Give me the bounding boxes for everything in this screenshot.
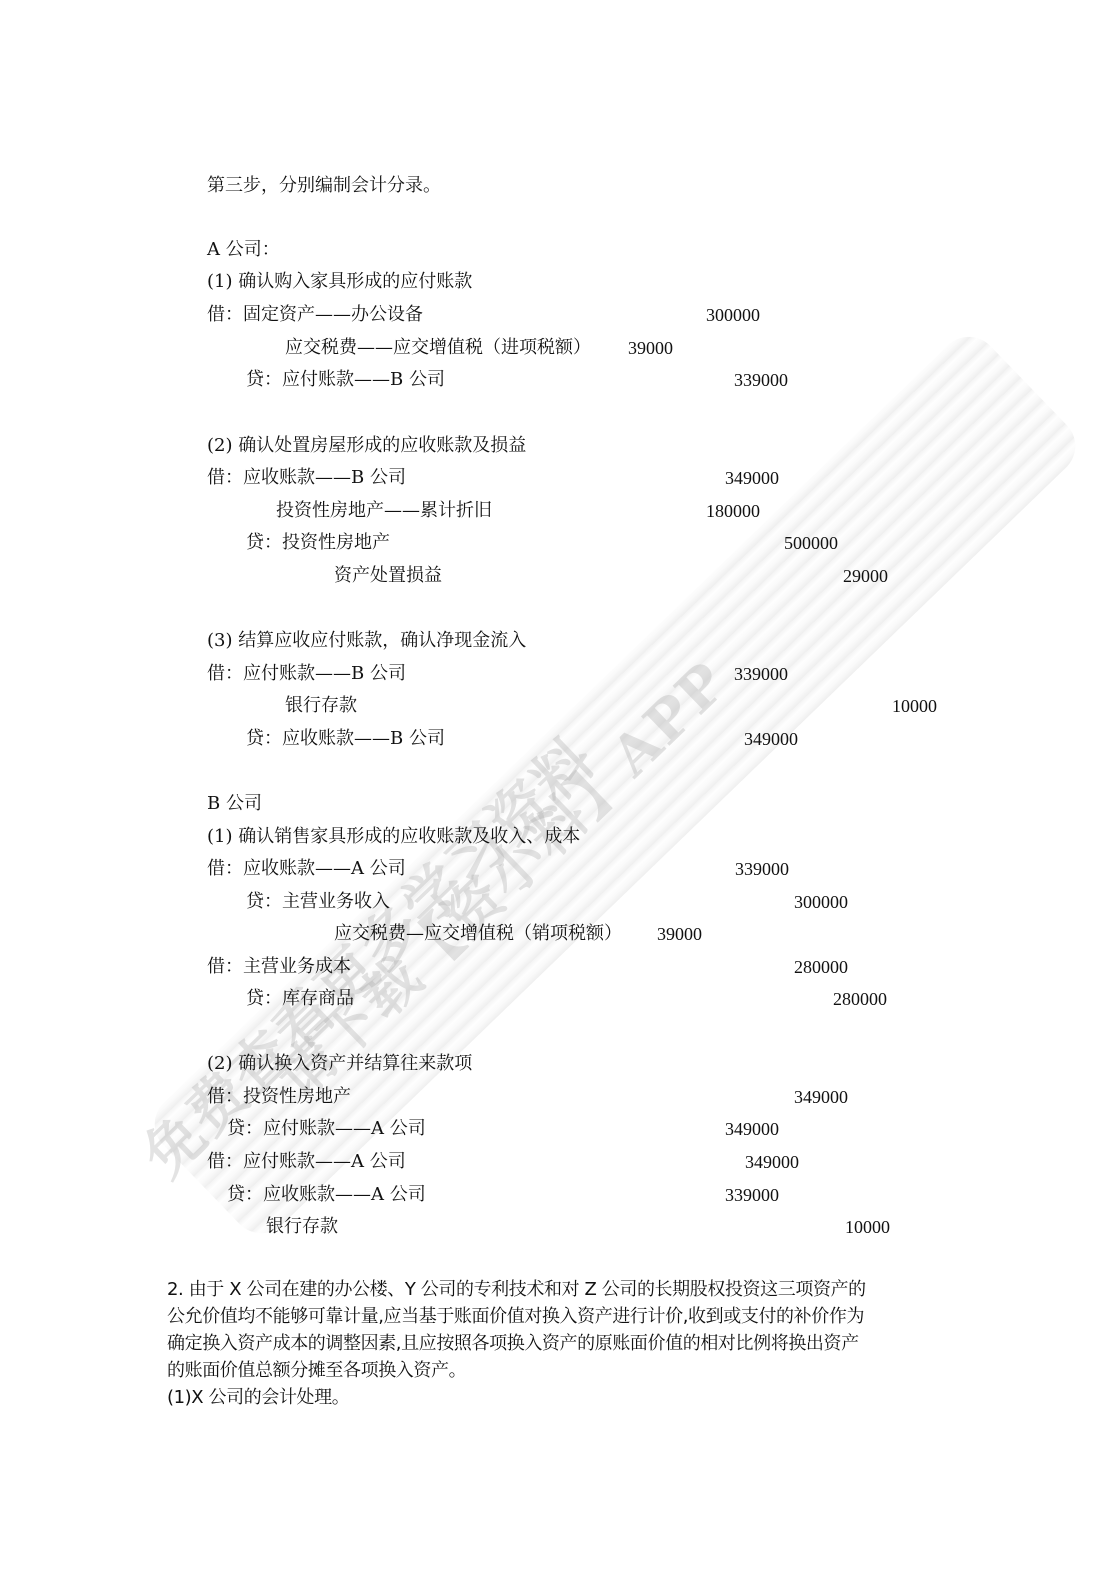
journal-account: 借：应收账款——A 公司 bbox=[207, 858, 406, 880]
journal-account: 资产处置损益 bbox=[334, 565, 442, 587]
entry-title: (2) 确认处置房屋形成的应收账款及损益 bbox=[207, 435, 526, 457]
document-page: 免费查看更多学习资料 请下载【资小料】APP 第三步，分别编制会计分录。 A 公… bbox=[0, 0, 1117, 1579]
paragraph-line: 的账面价值总额分摊至各项换入资产。 bbox=[167, 1357, 947, 1384]
journal-amount: 39000 bbox=[628, 337, 673, 359]
journal-account: 银行存款 bbox=[285, 695, 357, 717]
step-title: 第三步，分别编制会计分录。 bbox=[207, 175, 441, 197]
journal-amount: 280000 bbox=[794, 956, 848, 978]
entry-title: (1) 确认购入家具形成的应付账款 bbox=[207, 271, 472, 293]
journal-amount: 349000 bbox=[744, 728, 798, 750]
journal-amount: 349000 bbox=[745, 1151, 799, 1173]
journal-account: 贷：应收账款——B 公司 bbox=[246, 728, 445, 750]
journal-amount: 29000 bbox=[843, 565, 888, 587]
journal-account: 借：固定资产——办公设备 bbox=[207, 304, 423, 326]
company-b-heading: B 公司 bbox=[207, 793, 262, 815]
journal-amount: 180000 bbox=[706, 500, 760, 522]
journal-amount: 10000 bbox=[892, 695, 937, 717]
journal-account: 借：应付账款——B 公司 bbox=[207, 663, 406, 685]
journal-amount: 339000 bbox=[725, 1184, 779, 1206]
entry-title: (3) 结算应收应付账款，确认净现金流入 bbox=[207, 630, 526, 652]
journal-amount: 280000 bbox=[833, 988, 887, 1010]
journal-account: 应交税费——应交增值税（进项税额） bbox=[285, 337, 591, 359]
entry-title: (1) 确认销售家具形成的应收账款及收入、成本 bbox=[207, 826, 580, 848]
company-a-heading: A 公司： bbox=[207, 239, 280, 261]
journal-amount: 339000 bbox=[734, 369, 788, 391]
entry-title: (2) 确认换入资产并结算往来款项 bbox=[207, 1053, 472, 1075]
journal-account: 贷：应付账款——A 公司 bbox=[227, 1118, 426, 1140]
paragraph-line: 公允价值均不能够可靠计量,应当基于账面价值对换入资产进行计价,收到或支付的补价作… bbox=[167, 1303, 947, 1330]
journal-account: 借：投资性房地产 bbox=[207, 1086, 351, 1108]
journal-amount: 500000 bbox=[784, 532, 838, 554]
journal-account: 借：应收账款——B 公司 bbox=[207, 467, 406, 489]
journal-amount: 339000 bbox=[735, 858, 789, 880]
journal-amount: 339000 bbox=[734, 663, 788, 685]
journal-amount: 39000 bbox=[657, 923, 702, 945]
journal-account: 银行存款 bbox=[266, 1216, 338, 1238]
journal-account: 贷：应收账款——A 公司 bbox=[227, 1184, 426, 1206]
journal-amount: 300000 bbox=[706, 304, 760, 326]
journal-amount: 349000 bbox=[725, 1118, 779, 1140]
journal-amount: 349000 bbox=[794, 1086, 848, 1108]
journal-account: 贷：库存商品 bbox=[246, 988, 354, 1010]
journal-amount: 300000 bbox=[794, 891, 848, 913]
journal-amount: 349000 bbox=[725, 467, 779, 489]
paragraph-line: 2. 由于 X 公司在建的办公楼、Y 公司的专利技术和对 Z 公司的长期股权投资… bbox=[167, 1276, 947, 1303]
journal-account: 贷：应付账款——B 公司 bbox=[246, 369, 445, 391]
journal-account: 投资性房地产——累计折旧 bbox=[276, 500, 492, 522]
journal-account: 借：应付账款——A 公司 bbox=[207, 1151, 406, 1173]
journal-account: 借：主营业务成本 bbox=[207, 956, 351, 978]
question-2-paragraph: 2. 由于 X 公司在建的办公楼、Y 公司的专利技术和对 Z 公司的长期股权投资… bbox=[167, 1276, 947, 1411]
paragraph-line: 确定换入资产成本的调整因素,且应按照各项换入资产的原账面价值的相对比例将换出资产 bbox=[167, 1330, 947, 1357]
journal-account: 应交税费—应交增值税（销项税额） bbox=[334, 923, 622, 945]
journal-account: 贷：主营业务收入 bbox=[246, 891, 390, 913]
journal-account: 贷：投资性房地产 bbox=[246, 532, 390, 554]
journal-amount: 10000 bbox=[845, 1216, 890, 1238]
sub-heading-x-company: (1)X 公司的会计处理。 bbox=[167, 1384, 947, 1411]
